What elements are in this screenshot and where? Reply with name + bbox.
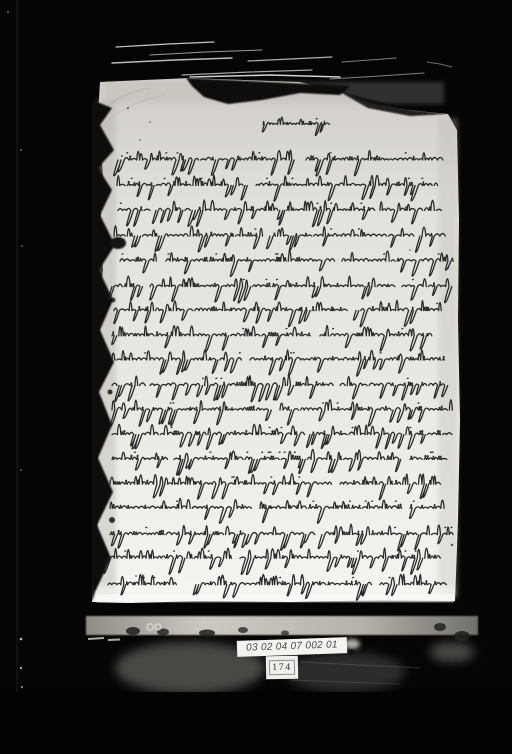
ink-blot <box>110 237 126 249</box>
page-shape <box>92 78 460 603</box>
manuscript-photo: 03 02 04 07 002 01 174 <box>0 0 512 754</box>
page-number-tag: 174 <box>266 656 298 680</box>
manuscript-page <box>92 78 460 603</box>
bottom-black <box>0 692 512 754</box>
page-number-text: 174 <box>269 660 295 675</box>
